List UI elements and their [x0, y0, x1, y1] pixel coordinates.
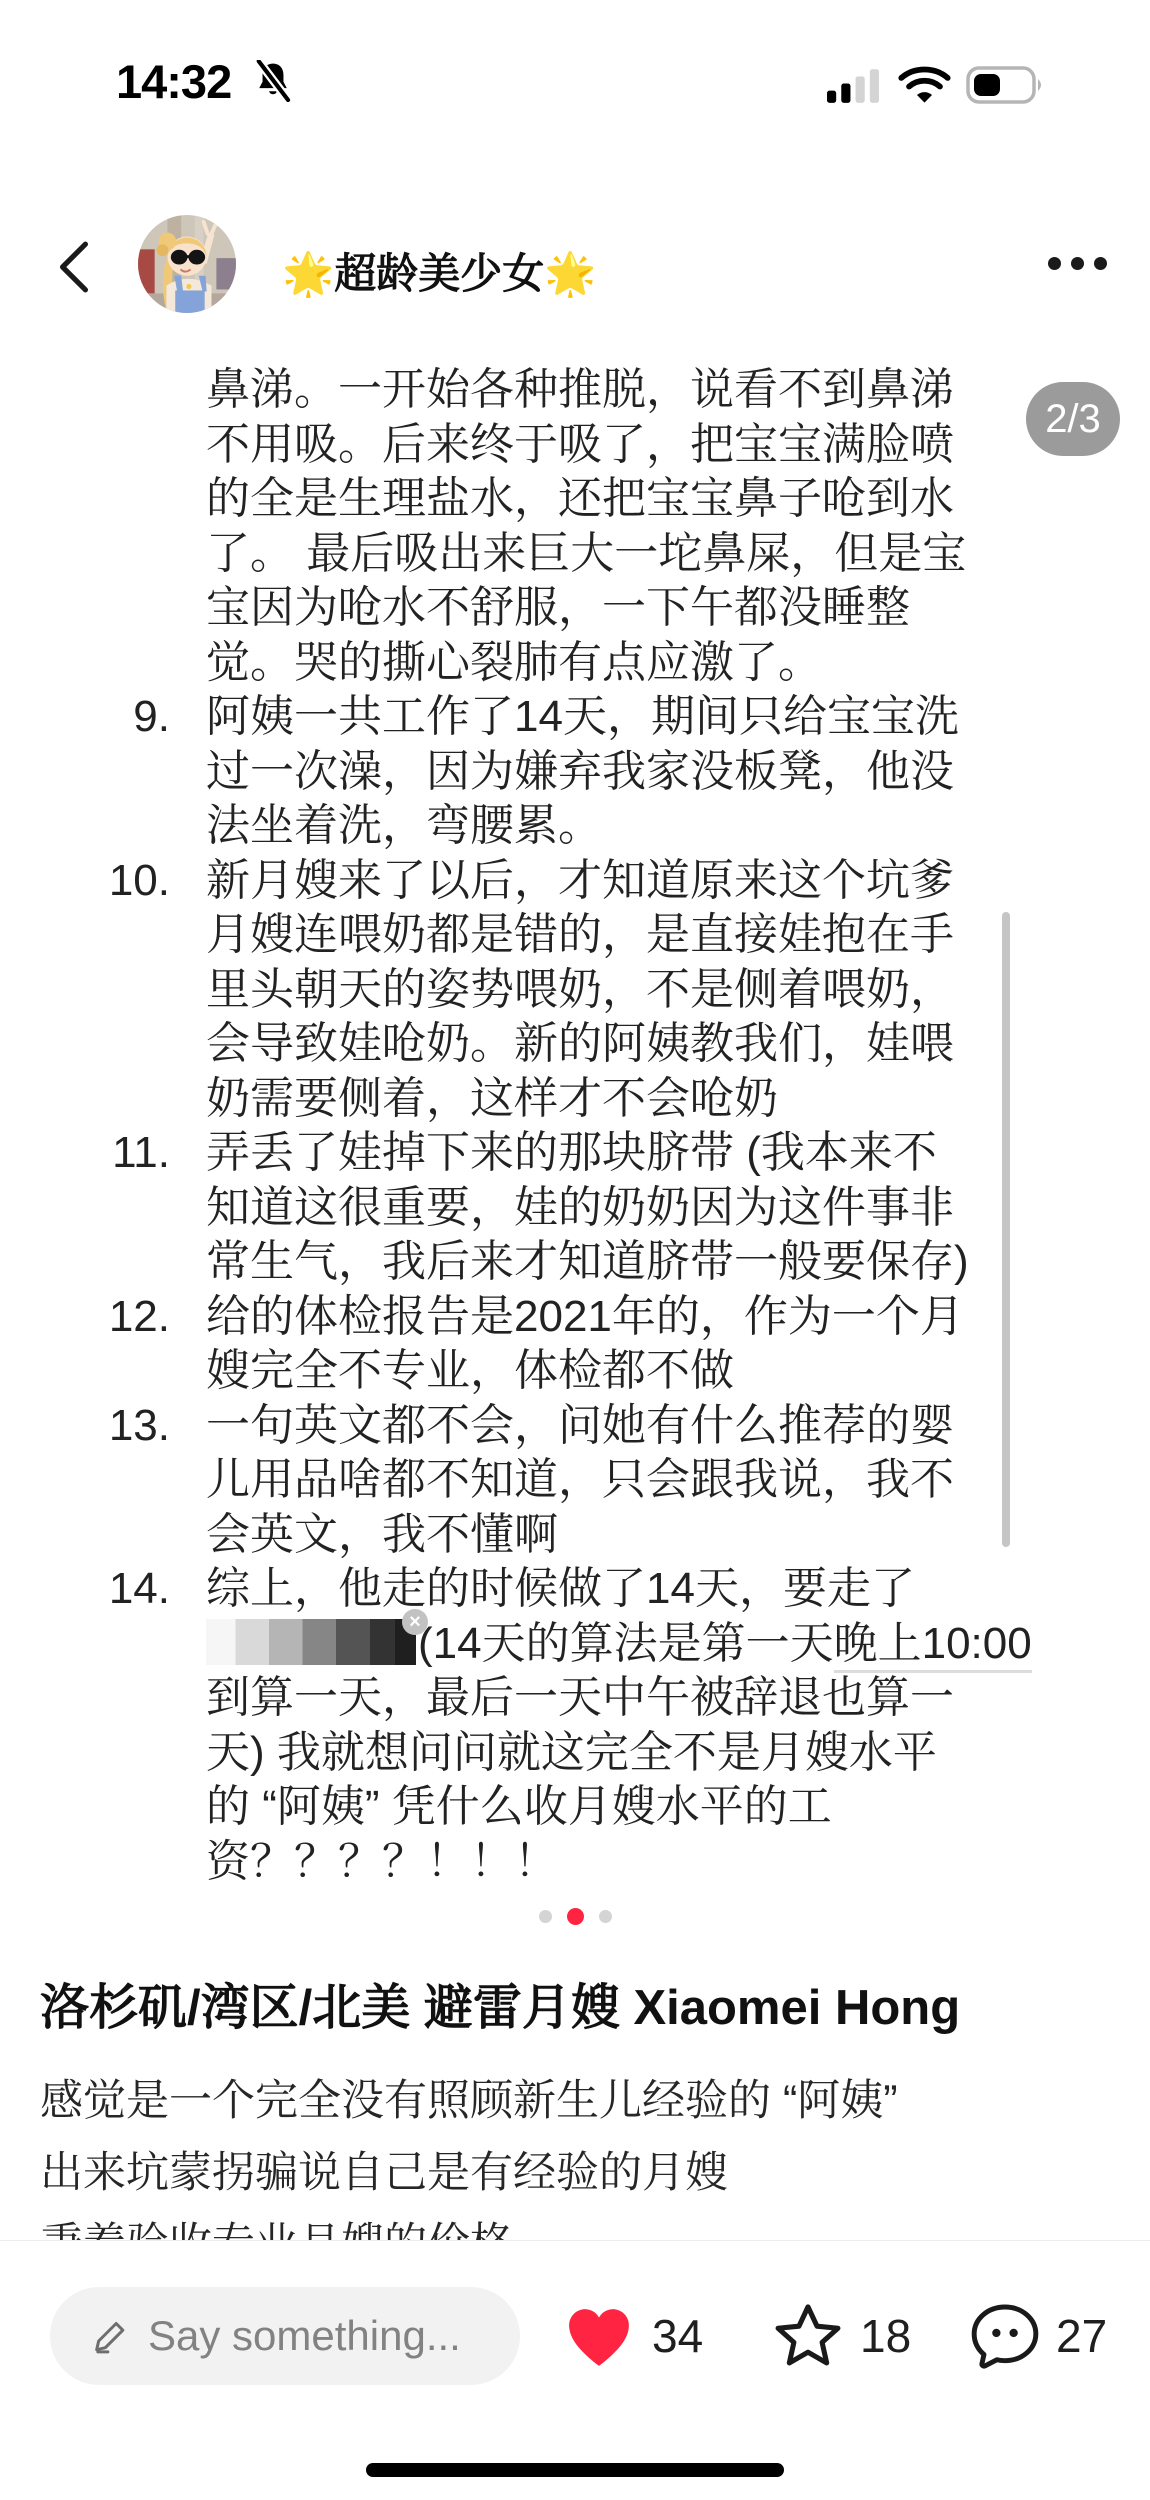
post-title: 洛杉矶/湾区/北美 避雷月嫂 Xiaomei Hong — [40, 1969, 960, 2039]
wifi-icon — [898, 66, 951, 109]
comment-placeholder: Say something... — [148, 2312, 461, 2360]
text-line: 天) 我就想问问就这完全不是月嫂水平 — [206, 1726, 1032, 1781]
text-line: 综上，他走的时候做了14天，要走了 — [206, 1562, 1032, 1617]
text-line: 鼻涕。一开始各种推脱，说看不到鼻涕 — [206, 363, 966, 418]
heart-icon — [560, 2297, 638, 2375]
screen: 14:32 — [0, 0, 1150, 2500]
bottom-bar: Say something... 34 18 27 — [0, 2240, 1150, 2500]
post-body-line: 感觉是一个完全没有照顾新生儿经验的 “阿姨” — [40, 2066, 898, 2138]
list-item: 14.综上，他走的时候做了14天，要走了×(14天的算法是第一天晚上10:00到… — [0, 1562, 1080, 1889]
text-line: 到算一天，最后一天中午被辞退也算一 — [206, 1671, 1032, 1726]
post-image[interactable]: 鼻涕。一开始各种推脱，说看不到鼻涕不用吸。后来终于吸了，把宝宝满脸喷的全是生理盐… — [0, 340, 1150, 1950]
comment-button[interactable]: 27 — [968, 2241, 1107, 2431]
text-line: 资？？？？！！！ — [206, 1835, 1032, 1890]
list-number — [0, 363, 170, 690]
text-line: 了。 最后吸出来巨大一坨鼻屎，但是宝 — [206, 527, 966, 582]
back-button[interactable] — [55, 240, 93, 299]
avatar[interactable] — [138, 215, 236, 313]
mute-bell-icon — [254, 60, 292, 107]
text-line: 觉。哭的撕心裂肺有点应激了。 — [206, 636, 966, 691]
redacted-mosaic: × — [206, 1619, 416, 1665]
more-options-button[interactable] — [1048, 257, 1107, 270]
dot-active — [567, 1908, 584, 1925]
text-line: 会导致娃呛奶。新的阿姨教我们，娃喂 — [206, 1017, 954, 1072]
list-item: 12.给的体检报告是2021年的，作为一个月嫂完全不专业，体检都不做 — [0, 1290, 1080, 1399]
collect-count: 18 — [860, 2309, 911, 2363]
text-line: 不用吸。后来终于吸了，把宝宝满脸喷 — [206, 418, 966, 473]
carousel-dots — [0, 1908, 1150, 1925]
list-number: 14. — [0, 1562, 170, 1889]
dot — [599, 1910, 612, 1923]
status-time: 14:32 — [116, 54, 231, 109]
list-number: 10. — [0, 854, 170, 1127]
home-indicator — [366, 2463, 784, 2477]
mosaic-close-icon: × — [402, 1609, 428, 1635]
image-text-list: 鼻涕。一开始各种推脱，说看不到鼻涕不用吸。后来终于吸了，把宝宝满脸喷的全是生理盐… — [0, 363, 1080, 1889]
text-line: 给的体检报告是2021年的，作为一个月 — [206, 1290, 964, 1345]
list-number: 12. — [0, 1290, 170, 1399]
text-line: 里头朝天的姿势喂奶，不是侧着喂奶， — [206, 963, 954, 1018]
text-line: 会英文，我不懂啊 — [206, 1508, 954, 1563]
like-button[interactable]: 34 — [560, 2241, 703, 2431]
list-item: 13.一句英文都不会，问她有什么推荐的婴儿用品啥都不知道，只会跟我说，我不会英文… — [0, 1399, 1080, 1563]
list-number: 13. — [0, 1399, 170, 1563]
list-item: 9.阿姨一共工作了14天，期间只给宝宝洗过一次澡，因为嫌弃我家没板凳，他没法坐着… — [0, 690, 1080, 854]
text-line: 奶需要侧着，这样才不会呛奶 — [206, 1072, 954, 1127]
comment-bubble-icon — [968, 2299, 1042, 2373]
list-item: 11.弄丢了娃掉下来的那块脐带 (我本来不知道这很重要，娃的奶奶因为这件事非常生… — [0, 1126, 1080, 1290]
scrollbar-thumb[interactable] — [1002, 912, 1010, 1547]
collect-button[interactable]: 18 — [770, 2241, 911, 2431]
underlined-text: 晚上10:00 — [834, 1619, 1032, 1673]
dot — [539, 1910, 552, 1923]
text-line: 月嫂连喂奶都是错的，是直接娃抱在手 — [206, 908, 954, 963]
comment-count: 27 — [1056, 2309, 1107, 2363]
list-item: 10.新月嫂来了以后，才知道原来这个坑爹月嫂连喂奶都是错的，是直接娃抱在手里头朝… — [0, 854, 1080, 1127]
like-count: 34 — [652, 2309, 703, 2363]
cellular-signal-icon — [827, 66, 879, 108]
text-line: ×(14天的算法是第一天晚上10:00 — [206, 1617, 1032, 1672]
text-line: 知道这很重要，娃的奶奶因为这件事非 — [206, 1181, 969, 1236]
text-line: 新月嫂来了以后，才知道原来这个坑爹 — [206, 854, 954, 909]
username[interactable]: 🌟超龄美少女🌟 — [282, 241, 597, 301]
page-indicator-badge: 2/3 — [1026, 382, 1120, 456]
post-body-line: 出来坑蒙拐骗说自己是有经验的月嫂 — [40, 2138, 898, 2210]
text-line: 儿用品啥都不知道，只会跟我说，我不 — [206, 1453, 954, 1508]
battery-icon — [966, 66, 1050, 111]
pencil-icon — [92, 2316, 132, 2356]
list-number: 9. — [0, 690, 170, 854]
list-number: 11. — [0, 1126, 170, 1290]
star-icon — [770, 2298, 846, 2374]
text-line: 嫂完全不专业，体检都不做 — [206, 1344, 964, 1399]
list-item: 鼻涕。一开始各种推脱，说看不到鼻涕不用吸。后来终于吸了，把宝宝满脸喷的全是生理盐… — [0, 363, 1080, 690]
text-line: 法坐着洗，弯腰累。 — [206, 799, 959, 854]
comment-input[interactable]: Say something... — [50, 2287, 520, 2385]
text-line: 一句英文都不会，问她有什么推荐的婴 — [206, 1399, 954, 1454]
text-line: 阿姨一共工作了14天，期间只给宝宝洗 — [206, 690, 959, 745]
text-line: 过一次澡，因为嫌弃我家没板凳，他没 — [206, 745, 959, 800]
text-line: 弄丢了娃掉下来的那块脐带 (我本来不 — [206, 1126, 969, 1181]
text-line: 宝因为呛水不舒服，一下午都没睡整 — [206, 581, 966, 636]
text-line: 常生气，我后来才知道脐带一般要保存) — [206, 1235, 969, 1290]
text-line: 的全是生理盐水，还把宝宝鼻子呛到水 — [206, 472, 966, 527]
text-line: 的 “阿姨” 凭什么收月嫂水平的工 — [206, 1780, 1032, 1835]
